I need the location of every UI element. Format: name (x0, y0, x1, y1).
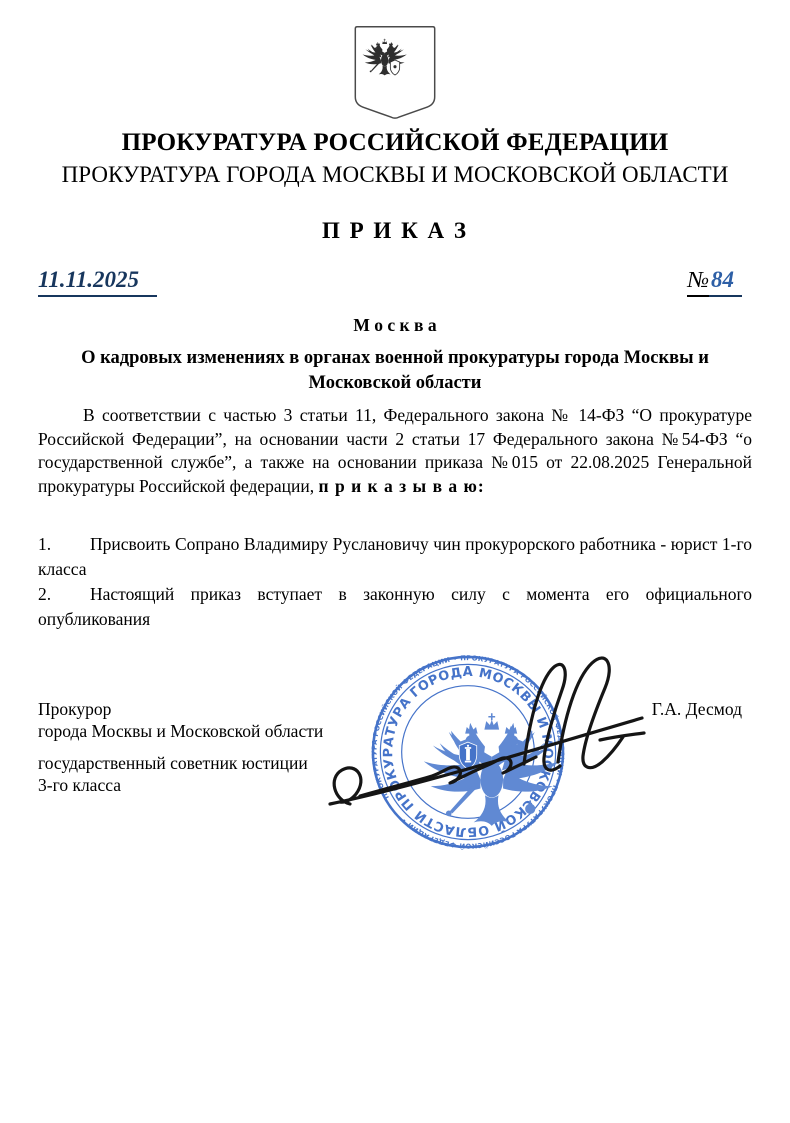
handwritten-signature (316, 642, 648, 824)
item-text: Присвоить Сопрано Владимиру Руслановичу … (38, 534, 752, 579)
number-sign: № (687, 266, 709, 297)
item-number: 1. (38, 532, 90, 557)
item-number: 2. (38, 582, 90, 607)
russian-coat-of-arms-icon (348, 24, 442, 120)
order-item: 1.Присвоить Сопрано Владимиру Русланович… (38, 532, 752, 582)
signer-rank-line1: государственный советник юстиции (38, 752, 323, 774)
signer-post: Прокурор города Москвы и Московской обла… (38, 698, 323, 796)
signer-rank-line2: 3-го класса (38, 774, 323, 796)
preamble-paragraph: В соответствии с частью 3 статьи 11, Фед… (38, 404, 752, 498)
command-word: п р и к а з ы в а ю: (319, 476, 485, 496)
city-line: М о с к в а (38, 314, 752, 336)
order-date: 11.11.2025 (38, 266, 157, 297)
order-number-group: № 84 (687, 266, 742, 297)
signer-post-line1: Прокурор (38, 698, 323, 720)
document-type-title: П Р И К А З (38, 216, 752, 246)
signer-name: Г.А. Десмод (652, 698, 752, 796)
order-document-page: ПРОКУРАТУРА РОССИЙСКОЙ ФЕДЕРАЦИИ ПРОКУРА… (0, 0, 790, 1123)
order-number: 84 (709, 266, 742, 297)
signer-post-line2: города Москвы и Московской области (38, 720, 323, 742)
order-item: 2.Настоящий приказ вступает в законную с… (38, 582, 752, 632)
org-name-secondary: ПРОКУРАТУРА ГОРОДА МОСКВЫ И МОСКОВСКОЙ О… (38, 160, 752, 190)
item-text: Настоящий приказ вступает в законную сил… (38, 584, 752, 629)
order-items: 1.Присвоить Сопрано Владимиру Русланович… (38, 532, 752, 632)
date-number-line: 11.11.2025 № 84 (38, 266, 752, 302)
subject-title: О кадровых изменениях в органах военной … (65, 346, 725, 396)
org-name-primary: ПРОКУРАТУРА РОССИЙСКОЙ ФЕДЕРАЦИИ (38, 128, 752, 158)
